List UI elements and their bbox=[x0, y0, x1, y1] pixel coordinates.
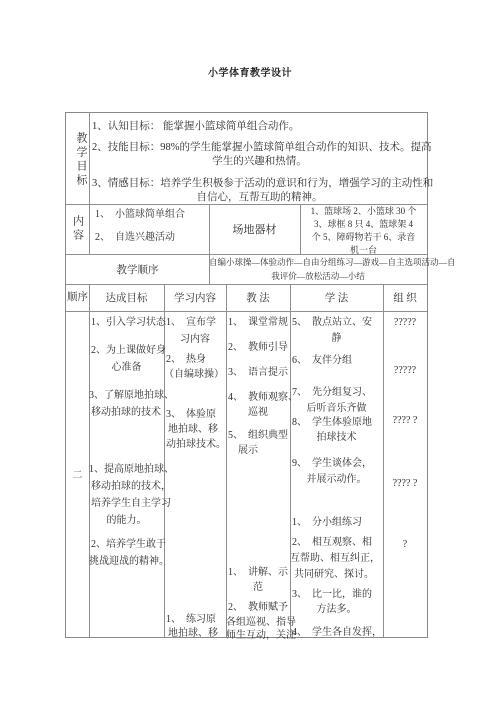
text-line: 自信心，互帮互助的精神。 bbox=[89, 191, 427, 205]
goals-column-cell: 1、引入学习状态 2、为上课做好身 心准备 3、了解原地拍球、 移动拍球的技术 … bbox=[89, 311, 164, 637]
content-row-label: 内容 bbox=[66, 204, 89, 254]
text-line: 1、 练习原 bbox=[164, 613, 226, 626]
column-header-learn: 学 法 bbox=[290, 284, 383, 311]
learn-column-cell: 5、 散点站立、安 静 6、 友伴分组 7、 先分组复习、 后听音乐齐做 8、 … bbox=[290, 311, 383, 637]
text-line: 师生互动，关注 bbox=[226, 629, 290, 642]
goals-cell: 1、认知目标： 能掌握小篮球简单组合动作。 2、技能目标：98%的学生能掌握小篮… bbox=[89, 113, 427, 204]
text-line: 2、 相互观察、相 bbox=[290, 536, 383, 549]
text-line: 2、为上课做好身 bbox=[89, 344, 164, 357]
lesson-plan-table: 教学目标 1、认知目标： 能掌握小篮球简单组合动作。 2、技能目标：98%的学生… bbox=[65, 112, 428, 638]
text-line: 3、 比一比，谁的 bbox=[290, 588, 383, 601]
page-title: 小学体育教学设计 bbox=[0, 64, 500, 79]
text-line: 巡视 bbox=[226, 406, 290, 419]
text-line: 6、 友伴分组 bbox=[290, 354, 383, 367]
order-column-cell: 二 bbox=[66, 311, 89, 637]
text-line: 培养学生自主学习 bbox=[89, 497, 164, 510]
text-line: 互帮助、相互纠正， bbox=[290, 552, 383, 565]
text-line: 的能力。 bbox=[89, 514, 164, 527]
text-line: 1、篮球场 2、小篮球 30 个 bbox=[300, 205, 427, 218]
text-line: 2、 教师引导 bbox=[226, 341, 290, 354]
text-line: ????? bbox=[383, 364, 427, 377]
text-line: 个 5、障碍物若干 6、录音 bbox=[300, 231, 427, 244]
organize-column-cell: ????? ????? ???? ? ???? ? ? bbox=[383, 311, 427, 637]
text-line: 1、 讲解、示 bbox=[226, 566, 290, 579]
text-line: 2、培养学生敢于 bbox=[89, 538, 164, 551]
text-line: 4、 教师观察、 bbox=[226, 391, 290, 404]
content-column-cell: 1、 宣布学 习内容 2、 热身 （自编球操） 3、 体验原 地拍球、移 动拍球… bbox=[164, 311, 226, 637]
text-line: 2、技能目标：98%的学生能掌握小篮球简单组合动作的知识、技术。提高 bbox=[89, 141, 427, 155]
text-line: 1、 小篮球简单组合 bbox=[89, 208, 209, 221]
text-line: 范 bbox=[226, 581, 290, 594]
text-line: 3、 语言提示 bbox=[226, 366, 290, 379]
text-line: 各组巡视、指导 bbox=[226, 616, 290, 629]
text-line: 1、引入学习状态 bbox=[89, 316, 164, 329]
text-line: 并展示动作。 bbox=[290, 473, 383, 486]
text-line: 展示 bbox=[226, 444, 290, 457]
text-line: 地拍球、移 bbox=[164, 423, 226, 436]
text-line: 动拍球技术。 bbox=[164, 438, 226, 451]
venue-label-cell: 场地器材 bbox=[209, 204, 300, 254]
goals-row-label: 教学目标 bbox=[66, 113, 89, 204]
column-header-order: 顺序 bbox=[66, 284, 89, 311]
text-line: 1、 分小组练习 bbox=[290, 516, 383, 529]
text-line: ????? bbox=[383, 316, 427, 329]
text-line: 学生的兴趣和热情。 bbox=[89, 155, 427, 169]
text-line: 习内容 bbox=[164, 333, 226, 346]
text-line: 方法多。 bbox=[290, 603, 383, 616]
text-line: 5、 组织典型 bbox=[226, 429, 290, 442]
text-line: ???? ? bbox=[383, 414, 427, 427]
sequence-row-label: 教学顺序 bbox=[66, 254, 209, 284]
text-line: 3、了解原地拍球、 bbox=[89, 389, 164, 402]
text-line: ???? ? bbox=[383, 477, 427, 490]
text-line: 挑战迎战的精神。 bbox=[89, 555, 164, 568]
text-line: 3、情感目标：培养学生积极参于活动的意识和行为，增强学习的主动性和 bbox=[89, 177, 427, 191]
teach-column-cell: 1、 课堂常规 2、 教师引导 3、 语言提示 4、 教师观察、 巡视 5、 组… bbox=[226, 311, 290, 637]
text-line: 2、 教师赋予 bbox=[226, 601, 290, 614]
phase-marker: 二 bbox=[66, 469, 89, 482]
text-line: 1、提高原地拍球、 bbox=[89, 463, 164, 476]
text-line: 地拍球、移 bbox=[164, 627, 226, 640]
text-line: 自编小球操—体验动作—自由分组练习—游戏—自主选项活动—自 bbox=[209, 255, 427, 269]
column-header-content: 学习内容 bbox=[164, 284, 226, 311]
text-line: 拍球技术 bbox=[290, 431, 383, 444]
text-line: 后听音乐齐做 bbox=[290, 402, 383, 415]
text-line: 1、 课堂常规 bbox=[226, 316, 290, 329]
text-line: 2、 自选兴趣活动 bbox=[89, 231, 209, 244]
text-line: 4、 学生各自发挥， bbox=[290, 626, 383, 639]
text-line: 2、 热身 bbox=[164, 353, 226, 366]
text-line: 静 bbox=[290, 332, 383, 345]
text-line: （自编球操） bbox=[164, 368, 226, 381]
text-line: 3、球框 8 只 4、篮球架 4 bbox=[300, 218, 427, 231]
document-page: 小学体育教学设计 教学目标 1、认知目标： 能掌握小篮球简单组合动作。 2、技能… bbox=[0, 0, 500, 708]
text-line: 3、 体验原 bbox=[164, 408, 226, 421]
text-line: 移动拍球的技术， bbox=[89, 480, 164, 493]
equipment-cell: 1、篮球场 2、小篮球 30 个 3、球框 8 只 4、篮球架 4 个 5、障碍… bbox=[300, 204, 427, 254]
text-line: 共同研究、探讨。 bbox=[290, 568, 383, 581]
text-line: 1、 宣布学 bbox=[164, 316, 226, 329]
column-header-teach: 教 法 bbox=[226, 284, 290, 311]
column-header-organize: 组 织 bbox=[383, 284, 427, 311]
text-line: 9、 学生谈体会， bbox=[290, 457, 383, 470]
text-line: 我评价—放松活动—小结 bbox=[209, 269, 427, 283]
sequence-cell: 自编小球操—体验动作—自由分组练习—游戏—自主选项活动—自 我评价—放松活动—小… bbox=[209, 254, 427, 284]
text-line: ? bbox=[383, 538, 427, 551]
text-line: 心准备 bbox=[89, 361, 164, 374]
text-line: 7、 先分组复习、 bbox=[290, 386, 383, 399]
column-header-goals: 达成目标 bbox=[89, 284, 164, 311]
text-line: 8、 学生体验原地 bbox=[290, 416, 383, 429]
text-line: 5、 散点站立、安 bbox=[290, 316, 383, 329]
text-line: 移动拍球的技术 bbox=[89, 406, 164, 419]
content-items-cell: 1、 小篮球简单组合 2、 自选兴趣活动 bbox=[89, 204, 209, 254]
text-line: 1、认知目标： 能掌握小篮球简单组合动作。 bbox=[89, 120, 427, 134]
